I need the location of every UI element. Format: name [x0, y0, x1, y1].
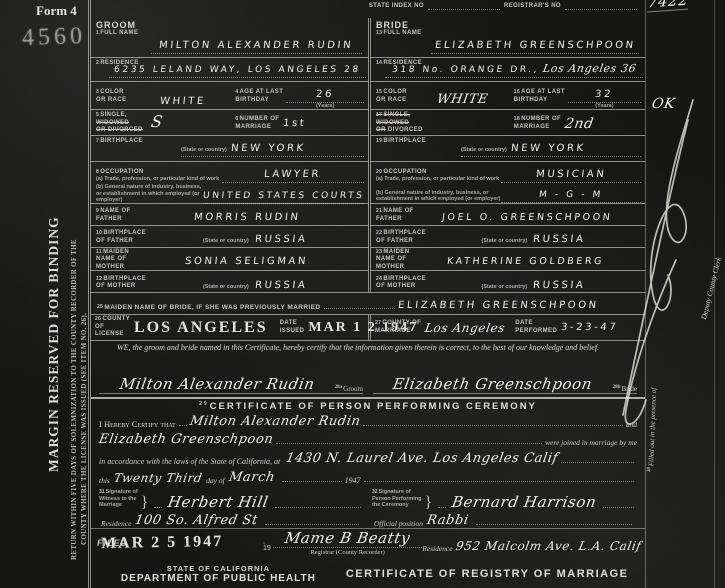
margin-return-instruction: RETURN WITHIN FIVE DAYS OF SOLEMNIZATION…	[70, 239, 78, 560]
ceremony-bride-name: Elizabeth Greenschpoon	[98, 432, 275, 447]
footer-row: STATE OF CALIFORNIA DEPARTMENT OF PUBLIC…	[91, 558, 645, 588]
bride-marital-divorced: Divorced	[388, 127, 423, 133]
filed-stamp-block: FILED MAR 2 5 1947 , 19	[95, 529, 273, 556]
accordance-line: in accordance with the laws of the State…	[91, 447, 645, 466]
bride-signature-line: Elizabeth Greenschpoon 28bBride	[373, 375, 637, 394]
groom-age-unit: (Years)	[286, 102, 364, 109]
ceremony-title: CERTIFICATE OF PERSON PERFORMING CEREMON…	[210, 401, 537, 412]
groom-mother-value: SONIA SELIGMAN	[185, 256, 309, 267]
bride-full-name-label: Full Name	[383, 30, 421, 36]
groom-mother-birthplace-row: 12Birthplaceof Mother (State or country)…	[91, 271, 368, 293]
bride-column: BRIDE 13Full Name ELIZABETH GREENSCHPOON…	[368, 18, 645, 292]
witness-residence-value: 100 So. Alfred St	[134, 513, 259, 528]
groom-marriage-number-value: 1st	[283, 118, 307, 129]
bride-age-unit: (Years)	[568, 102, 641, 109]
official-position-label: Official position	[374, 519, 423, 528]
performer-residence-cell: Residence 952 Malcolm Ave. L.A. Calif	[422, 539, 641, 556]
page-right-edge-line	[714, 0, 715, 588]
bride-marital-value	[429, 112, 433, 135]
bride-birthplace-value: NEW YORK	[511, 143, 587, 154]
witness-signature-cell: 31Signature of Witness to the Marriage }…	[95, 485, 368, 511]
state-of-california-label: STATE OF CALIFORNIA	[91, 564, 346, 573]
groom-industry-value: UNITED STATES COURTS	[202, 191, 365, 201]
groom-race-value: WHITE	[159, 96, 206, 107]
bride-mother-value: KATHERINE GOLDBERG	[446, 256, 604, 267]
bride-birthplace-row: 19Birthplace (State or country) NEW YORK	[371, 136, 645, 162]
department-label: DEPARTMENT OF PUBLIC HEALTH	[91, 573, 346, 584]
form-number: Form 4	[36, 3, 77, 19]
bride-industry-value: M - G - M	[538, 190, 603, 200]
bride-marital-or: or	[376, 127, 386, 133]
certification-paragraph: WE, the groom and bride named in this Ce…	[91, 341, 645, 367]
groom-marital-row: 5Single, Widowed or Divorced S 6Number o…	[91, 110, 368, 136]
ceremony-year: 1947	[345, 476, 361, 485]
groom-mother-row: 11MaidenName ofMother SONIA SELIGMAN	[91, 248, 368, 271]
license-marriage-row: 26County ofLicense LOS ANGELES DateIssue…	[91, 315, 645, 341]
bride-occupation-row: 20Occupation(a) Trade, profession, or pa…	[371, 162, 645, 204]
performer-signature: Bernard Harrison	[451, 493, 599, 511]
groom-marital-divorced: or Divorced	[96, 127, 143, 135]
groom-marital-single: Single,	[100, 112, 127, 118]
groom-father-value: MORRIS RUDIN	[194, 212, 302, 223]
official-position-cell: Official position Rabbi	[368, 511, 641, 528]
bride-mother-row: 23MaidenName ofMother KATHERINE GOLDBERG	[371, 248, 645, 271]
filed-date-stamp: MAR 2 5 1947	[101, 533, 224, 553]
ceremony-month: March	[227, 470, 276, 485]
groom-mother-birthplace-value: RUSSIA	[254, 280, 308, 291]
signatures-row: Milton Alexander Rudin 28aGroom Elizabet…	[91, 367, 645, 397]
official-position-value: Rabbi	[426, 513, 470, 528]
groom-father-row: 9Name ofFather MORRIS RUDIN	[91, 204, 368, 226]
state-index-blank	[428, 3, 500, 10]
bride-race-age-row: 15Coloror Race WHITE 16Age at LastBirthd…	[371, 82, 645, 110]
this-label: this	[99, 476, 110, 485]
maiden-name-value: ELIZABETH GREENSCHPOON	[398, 300, 600, 311]
groom-marital-widowed: Widowed	[96, 120, 143, 128]
filed-year-prefix: , 19	[263, 538, 273, 552]
certificate-registry-title: CERTIFICATE OF REGISTRY OF MARRIAGE	[346, 568, 645, 580]
state-index-label: State Index No	[369, 3, 424, 11]
bride-father-value: JOEL O. GREENSCHPOON	[442, 212, 614, 223]
witness-signature: Herbert Hill	[167, 493, 270, 511]
groom-full-name-row: GROOM 1Full Name MILTON ALEXANDER RUDIN	[91, 18, 368, 58]
registrar-title: Registrar (County Recorder)	[310, 548, 384, 556]
certificate-page: MARGIN RESERVED FOR BINDING RETURN WITHI…	[0, 0, 725, 588]
index-header-row: State Index No Registrar's No	[91, 0, 645, 18]
bride-marital-single: Single,	[383, 112, 410, 118]
bride-father-birthplace-value: RUSSIA	[533, 234, 587, 245]
department-block: STATE OF CALIFORNIA DEPARTMENT OF PUBLIC…	[91, 564, 346, 584]
witness-performer-signatures: 31Signature of Witness to the Marriage }…	[91, 485, 645, 511]
groom-birthplace-value: NEW YORK	[231, 143, 307, 154]
bride-race-value: WHITE	[436, 92, 490, 107]
county-of-license-stamp: LOS ANGELES	[134, 319, 268, 337]
file-number-stamp: 4560	[22, 23, 87, 52]
bride-mother-birthplace-value: RUSSIA	[533, 280, 587, 291]
groom-full-name-value: MILTON ALEXANDER RUDIN	[159, 40, 354, 51]
groom-birthplace-label: Birthplace	[100, 138, 143, 144]
filled-out-text: Filled out in the presence of	[647, 388, 658, 467]
margin-county-instruction: COUNTY WHERE THE LICENSE WAS ISSUED (SEE…	[80, 313, 88, 545]
bride-father-row: 21Name ofFather JOEL O. GREENSCHPOON	[371, 204, 645, 226]
bride-birthplace-label: Birthplace	[383, 138, 426, 144]
groom-race-age-row: 3Coloror Race WHITE 4Age at LastBirthday…	[91, 82, 368, 110]
joined-line: Elizabeth Greenschpoon were joined in ma…	[91, 429, 645, 447]
bride-residence-row: 14Residence 318 No. ORANGE DR., Los Ange…	[371, 58, 645, 82]
bride-residence-value: 318 No. ORANGE DR.,	[391, 65, 539, 75]
groom-age-value: 26	[316, 89, 335, 100]
margin-binding-title: MARGIN RESERVED FOR BINDING	[46, 216, 62, 472]
groom-column: GROOM 1Full Name MILTON ALEXANDER RUDIN …	[91, 18, 368, 292]
filled-out-note: 30Filled out in the presence of	[647, 388, 658, 473]
registrar-no-label: Registrar's No	[504, 3, 561, 11]
joined-label: were joined in marriage by me	[545, 438, 637, 447]
groom-marital-value: S	[149, 112, 165, 135]
date-performed-value: 3-23-47	[561, 322, 619, 333]
filled-out-num: 30	[647, 467, 652, 472]
groom-father-birthplace-value: RUSSIA	[254, 234, 308, 245]
and-label: and	[626, 420, 637, 429]
groom-bride-columns: GROOM 1Full Name MILTON ALEXANDER RUDIN …	[91, 18, 645, 293]
performer-residence-value: 952 Malcolm Ave. L.A. Calif	[454, 539, 642, 553]
corner-handwritten-number: 7422	[647, 0, 689, 13]
bride-full-name-row: BRIDE 13Full Name ELIZABETH GREENSCHPOON	[371, 18, 645, 58]
groom-signature-line: Milton Alexander Rudin 28aGroom	[99, 375, 363, 394]
hereby-certify-label: I Hereby Certify that	[99, 419, 176, 429]
groom-residence-row: 2Residence 6235 LELAND WAY, LOS ANGELES …	[91, 58, 368, 82]
groom-section-label: GROOM	[96, 20, 364, 30]
performer-signature-cell: 32Signature of Person Performing the Cer…	[368, 485, 641, 511]
bride-residence-value2: Los Angeles 36	[542, 62, 638, 75]
groom-full-name-label: Full Name	[100, 30, 138, 36]
date-line: this Twenty Third day of March 1947	[91, 466, 645, 485]
groom-residence-value: 6235 LELAND WAY, LOS ANGELES 28	[114, 65, 362, 75]
bride-marital-widowed: Widowed	[376, 120, 423, 128]
certify-line: I Hereby Certify that Milton Alexander R…	[91, 412, 645, 429]
ceremony-day: Twenty Third	[113, 471, 204, 485]
bride-signature: Elizabeth Greenschpoon	[392, 375, 594, 393]
groom-signature: Milton Alexander Rudin	[118, 375, 316, 393]
registrar-no-blank	[565, 3, 637, 10]
certificate-form: State Index No Registrar's No GROOM 1Ful…	[88, 0, 646, 588]
witness-brace: }	[141, 495, 149, 511]
ok-annotation: OK	[651, 96, 677, 112]
deputy-county-clerk-label: Deputy County Clerk	[699, 256, 723, 320]
bride-father-birthplace-row: 22Birthplaceof Father (State or country)…	[371, 226, 645, 248]
bride-age-value: 32	[595, 89, 614, 100]
groom-birthplace-row: 7Birthplace (State or country) NEW YORK	[91, 136, 368, 162]
performer-residence-label: Residence	[422, 544, 452, 553]
county-of-marriage-cell: 27County ofMarriage Los Angeles DatePerf…	[368, 315, 645, 340]
groom-occupation-row: 8Occupation(a) Trade, profession, or par…	[91, 162, 368, 204]
ceremony-section: 29CERTIFICATE OF PERSON PERFORMING CEREM…	[91, 397, 645, 528]
accordance-label: in accordance with the laws of the State…	[99, 457, 280, 466]
bride-mother-birthplace-row: 24Birthplaceof Mother (State or country)…	[371, 271, 645, 293]
witness-residence-label: Residence	[101, 519, 131, 528]
county-of-license-cell: 26County ofLicense LOS ANGELES DateIssue…	[91, 315, 368, 340]
groom-father-birthplace-row: 10Birthplaceof Father (State or country)…	[91, 226, 368, 248]
bride-marriage-number-value: 2nd	[564, 116, 596, 132]
bride-occupation-value: MUSICIAN	[535, 169, 606, 180]
ceremony-groom-name: Milton Alexander Rudin	[188, 414, 361, 429]
performer-brace: }	[425, 495, 433, 511]
groom-tag: Groom	[343, 385, 363, 393]
witness-residence-cell: Residence 100 So. Alfred St	[95, 511, 368, 528]
witness-residence-row: Residence 100 So. Alfred St Official pos…	[91, 511, 645, 528]
bride-section-label: BRIDE	[376, 20, 641, 30]
bride-marital-row: 17Single, Widowed or Divorced 18Number o…	[371, 110, 645, 136]
bride-tag: Bride	[621, 385, 637, 393]
bride-full-name-value: ELIZABETH GREENSCHPOON	[434, 40, 636, 51]
maiden-name-label: Maiden name of bride, if she was previou…	[104, 304, 320, 311]
county-of-marriage-value: Los Angeles	[424, 321, 507, 335]
day-of-label: day of	[206, 476, 225, 485]
registrar-signature-block: Mame B Beatty Registrar (County Recorder…	[273, 529, 422, 556]
registrar-signature: Mame B Beatty	[283, 529, 411, 547]
ceremony-place: 1430 N. Laurel Ave. Los Angeles Calif	[285, 451, 560, 466]
groom-occupation-value: LAWYER	[264, 169, 322, 180]
filed-registrar-row: FILED MAR 2 5 1947 , 19 Mame B Beatty Re…	[91, 528, 645, 558]
maiden-name-row: 25Maiden name of bride, if she was previ…	[91, 293, 645, 315]
